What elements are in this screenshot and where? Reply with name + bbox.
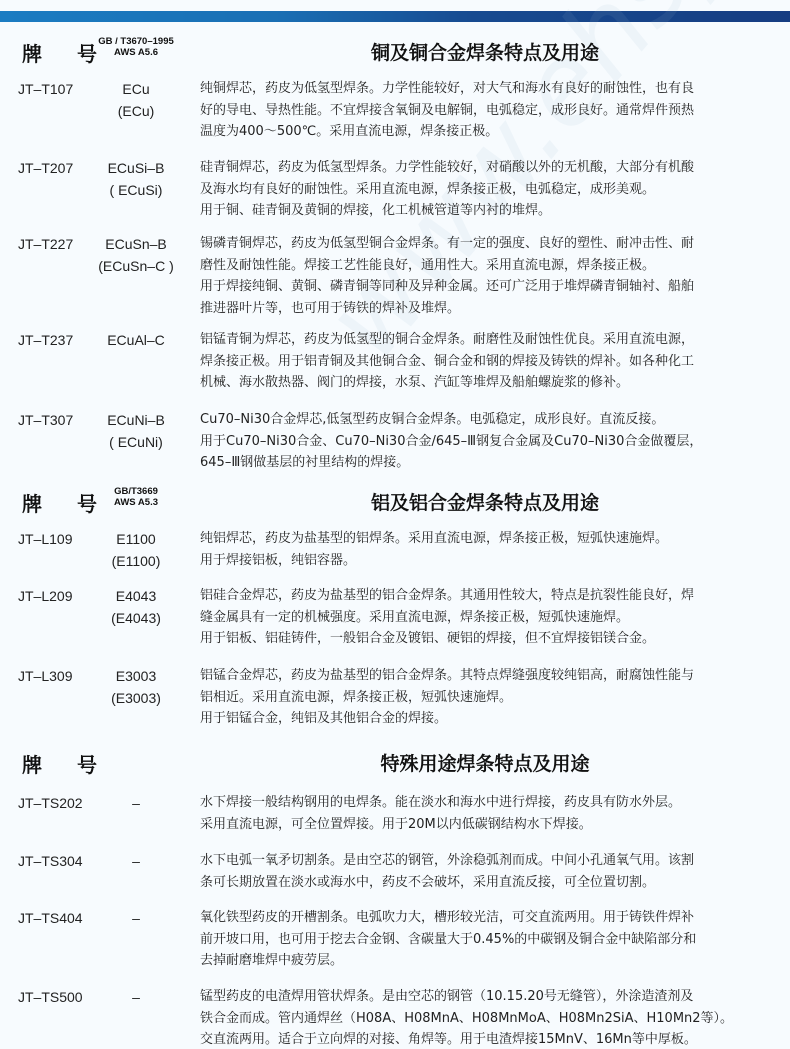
section-title: 铜及铜合金焊条特点及用途	[260, 38, 710, 65]
standard-designation: E4043 (E4043)	[88, 585, 184, 629]
standard-designation: –	[88, 850, 184, 872]
standard-designation: E1100 (E1100)	[88, 528, 184, 572]
product-code: JT–TS404	[18, 907, 83, 929]
standard-designation: ECu (ECu)	[88, 78, 184, 122]
product-code: JT–TS500	[18, 986, 83, 1008]
standard-designation: ECuNi–B ( ECuNi)	[88, 409, 184, 453]
description: 铝硅合金焊芯，药皮为盐基型的铝合金焊条。其通用性较大，特点是抗裂性能良好，焊 缝…	[200, 585, 780, 650]
description: 氧化铁型药皮的开槽割条。电弧吹力大，槽形较光洁，可交直流两用。用于铸铁件焊补 前…	[200, 907, 780, 972]
section-title: 特殊用途焊条特点及用途	[260, 749, 710, 776]
section-header-copper: 牌 号 GB / T3670–1995 AWS A5.6 铜及铜合金焊条特点及用…	[0, 34, 790, 74]
description: 锰型药皮的电渣焊用管状焊条。是由空芯的钢管（10.15.20号无缝管），外涂造渣…	[200, 986, 780, 1049]
description: 纯铝焊芯，药皮为盐基型的铝焊条。采用直流电源，焊条接正极，短弧快速施焊。 用于焊…	[200, 528, 780, 571]
section-title: 铝及铝合金焊条特点及用途	[260, 488, 710, 515]
section-header-special: 牌 号 特殊用途焊条特点及用途	[0, 745, 790, 785]
product-code: JT–T307	[18, 409, 73, 431]
description: 水下电弧一氧矛切割条。是由空芯的钢管，外涂稳弧剂而成。中间小孔通氧气用。该割 条…	[200, 850, 780, 893]
description: 水下焊接一般结构钢用的电焊条。能在淡水和海水中进行焊接，药皮具有防水外层。 采用…	[200, 792, 780, 835]
section-header-aluminium: 牌 号 GB/T3669 AWS A5.3 铝及铝合金焊条特点及用途	[0, 484, 790, 524]
product-code: JT–T107	[18, 78, 73, 100]
standard-designation: ECuSn–B (ECuSn–C )	[88, 233, 184, 277]
standard-designation: –	[88, 792, 184, 814]
product-code: JT–T207	[18, 157, 73, 179]
standard-column-label: GB/T3669 AWS A5.3	[86, 486, 186, 508]
description: 纯铜焊芯，药皮为低氢型焊条。力学性能较好，对大气和海水有良好的耐蚀性，也有良 好…	[200, 78, 780, 143]
description: Cu70–Ni30合金焊芯,低氢型药皮铜合金焊条。电弧稳定，成形良好。直流反接。…	[200, 409, 780, 474]
product-code: JT–TS304	[18, 850, 83, 872]
product-code: JT–L109	[18, 528, 72, 550]
standard-column-label: GB / T3670–1995 AWS A5.6	[86, 36, 186, 58]
standard-designation: ECuSi–B ( ECuSi)	[88, 157, 184, 201]
product-code: JT–L309	[18, 665, 72, 687]
standard-designation: –	[88, 907, 184, 929]
product-code: JT–TS202	[18, 792, 83, 814]
description: 硅青铜焊芯，药皮为低氢型焊条。力学性能较好，对硝酸以外的无机酸，大部分有机酸 及…	[200, 157, 780, 222]
description: 铝锰合金焊芯，药皮为盐基型的铝合金焊条。其特点焊缝强度较纯铝高，耐腐蚀性能与 铝…	[200, 665, 780, 730]
standard-designation: E3003 (E3003)	[88, 665, 184, 709]
standard-designation: –	[88, 986, 184, 1008]
brand-column-label: 牌 号	[22, 749, 111, 778]
standard-designation: ECuAl–C	[88, 329, 184, 351]
product-code: JT–L209	[18, 585, 72, 607]
description: 铝锰青铜为焊芯，药皮为低氢型的铜合金焊条。耐磨性及耐蚀性优良。采用直流电源， 焊…	[200, 329, 780, 394]
top-banner-stripe	[0, 11, 790, 22]
product-code: JT–T227	[18, 233, 73, 255]
description: 锡磷青铜焊芯，药皮为低氢型铜合金焊条。有一定的强度、良好的塑性、耐冲击性、耐 磨…	[200, 233, 780, 320]
product-code: JT–T237	[18, 329, 73, 351]
